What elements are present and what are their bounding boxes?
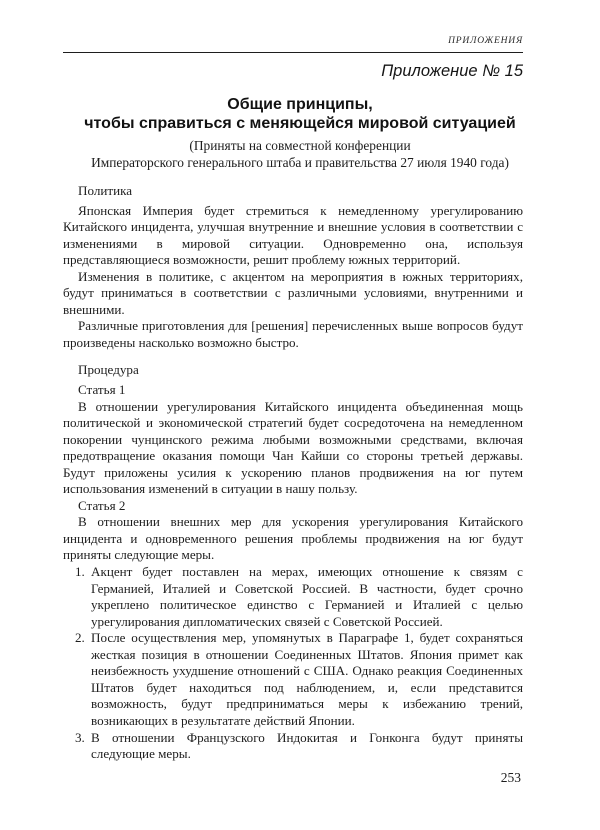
list-item-text: Акцент будет поставлен на мерах, имеющих… xyxy=(91,564,523,629)
document-subtitle-line2: Императорского генерального штаба и прав… xyxy=(0,155,600,172)
document-title-line1: Общие принципы, xyxy=(0,96,600,115)
list-item: 2. После осуществления мер, упомянутых в… xyxy=(63,630,523,729)
document-subtitle-line1: (Приняты на совместной конференции xyxy=(0,138,600,155)
running-head: ПРИЛОЖЕНИЯ xyxy=(448,36,523,46)
section-heading-procedure: Процедура xyxy=(63,362,523,379)
section-heading-politics: Политика xyxy=(63,183,523,200)
list-item-number: 3. xyxy=(75,730,91,747)
paragraph-policy-2: Изменения в политике, с акцентом на меро… xyxy=(63,269,523,319)
document-body: Политика Японская Империя будет стремить… xyxy=(63,183,523,763)
document-title-line2: чтобы справиться с меняющейся мировой си… xyxy=(0,115,600,134)
list-item-number: 2. xyxy=(75,630,91,647)
list-item: 3. В отношении Французского Индокитая и … xyxy=(63,730,523,763)
article-1-heading: Статья 1 xyxy=(63,382,523,399)
article-2-heading: Статья 2 xyxy=(63,498,523,515)
numbered-measures-list: 1. Акцент будет поставлен на мерах, имею… xyxy=(63,564,523,763)
list-item: 1. Акцент будет поставлен на мерах, имею… xyxy=(63,564,523,630)
appendix-number-label: Приложение № 15 xyxy=(381,62,523,81)
document-title: Общие принципы, чтобы справиться с меняю… xyxy=(0,96,600,133)
paragraph-policy-1: Японская Империя будет стремиться к неме… xyxy=(63,203,523,269)
paragraph-policy-3: Различные приготовления для [решения] пе… xyxy=(63,318,523,351)
header-rule-divider xyxy=(63,52,523,53)
page-number: 253 xyxy=(501,770,521,786)
article-2-text: В отношении внешних мер для ускорения ур… xyxy=(63,514,523,564)
list-item-text: В отношении Французского Индокитая и Гон… xyxy=(91,730,523,762)
document-subtitle: (Приняты на совместной конференции Импер… xyxy=(0,138,600,171)
article-1-text: В отношении урегулирования Китайского ин… xyxy=(63,399,523,498)
list-item-text: После осуществления мер, упомянутых в Па… xyxy=(91,630,523,728)
list-item-number: 1. xyxy=(75,564,91,581)
book-page: ПРИЛОЖЕНИЯ Приложение № 15 Общие принцип… xyxy=(0,0,600,830)
